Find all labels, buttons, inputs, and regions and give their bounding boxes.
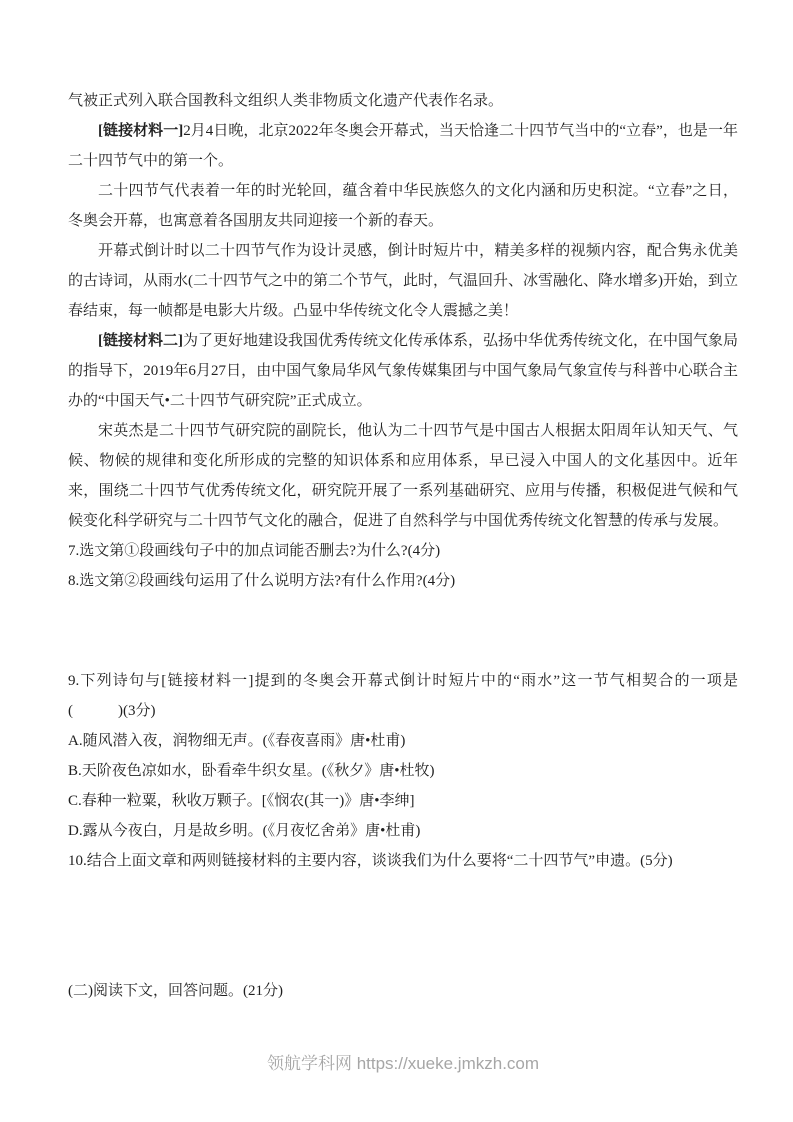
question-9: 9.下列诗句与[链接材料一]提到的冬奥会开幕式倒计时短片中的“雨水”这一节气相契… xyxy=(68,666,738,726)
watermark-site-name: 领航学科网 xyxy=(267,1054,352,1073)
watermark-url: https://xueke.jmkzh.com xyxy=(357,1054,539,1073)
option-b: B.天阶夜色凉如水，卧看牵牛织女星。(《秋夕》唐•杜牧) xyxy=(68,756,738,786)
question-8: 8.选文第②段画线句运用了什么说明方法?有什么作用?(4分) xyxy=(68,566,738,596)
passage-paragraph-continuation: 气被正式列入联合国教科文组织人类非物质文化遗产代表作名录。 xyxy=(68,86,738,116)
option-c: C.春种一粒粟，秋收万颗子。[《悯农(其一)》唐•李绅] xyxy=(68,786,738,816)
option-a: A.随风潜入夜，润物细无声。(《春夜喜雨》唐•杜甫) xyxy=(68,726,738,756)
link-material-1-label: [链接材料一] xyxy=(98,123,183,139)
link-material-2-label: [链接材料二] xyxy=(98,333,183,349)
passage-paragraph: 二十四节气代表着一年的时光轮回，蕴含着中华民族悠久的文化内涵和历史积淀。“立春”… xyxy=(68,176,738,236)
question-10: 10.结合上面文章和两则链接材料的主要内容，谈谈我们为什么要将“二十四节气”申遗… xyxy=(68,846,738,876)
exam-paper-page: 气被正式列入联合国教科文组织人类非物质文化遗产代表作名录。 [链接材料一]2月4… xyxy=(0,0,793,1122)
reading-passage: 气被正式列入联合国教科文组织人类非物质文化遗产代表作名录。 [链接材料一]2月4… xyxy=(68,86,738,536)
watermark-footer: 领航学科网 https://xueke.jmkzh.com xyxy=(68,1052,738,1076)
answer-space-2 xyxy=(68,876,738,976)
passage-paragraph: 开幕式倒计时以二十四节气作为设计灵感，倒计时短片中，精美多样的视频内容，配合隽永… xyxy=(68,236,738,326)
link-material-2-paragraph: [链接材料二]为了更好地建设我国优秀传统文化传承体系，弘扬中华优秀传统文化，在中… xyxy=(68,326,738,416)
section-2-heading: (二)阅读下文，回答问题。(21分) xyxy=(68,976,738,1006)
passage-paragraph: 宋英杰是二十四节气研究院的副院长，他认为二十四节气是中国古人根据太阳周年认知天气… xyxy=(68,416,738,536)
option-d: D.露从今夜白，月是故乡明。(《月夜忆舍弟》唐•杜甫) xyxy=(68,816,738,846)
question-7: 7.选文第①段画线句子中的加点词能否删去?为什么?(4分) xyxy=(68,536,738,566)
answer-space-1 xyxy=(68,596,738,666)
link-material-1-paragraph: [链接材料一]2月4日晚，北京2022年冬奥会开幕式，当天恰逢二十四节气当中的“… xyxy=(68,116,738,176)
